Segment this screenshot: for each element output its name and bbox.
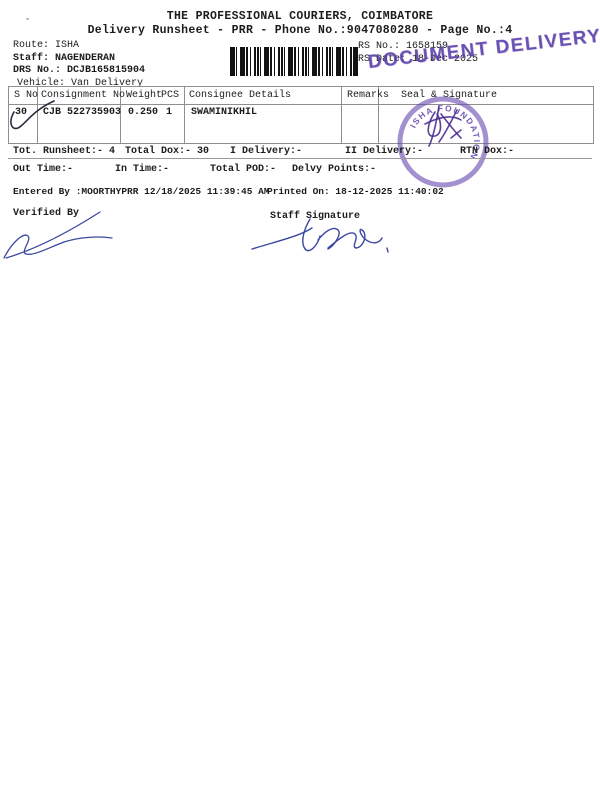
totals-separator xyxy=(8,158,592,159)
table-header-divider xyxy=(9,104,593,105)
out-time: Out Time:- xyxy=(13,165,73,175)
i-delivery: I Delivery:- xyxy=(230,147,302,157)
total-dox-label: Total Dox:- xyxy=(125,147,191,157)
entered-by: Entered By :MOORTHYPRR 12/18/2025 11:39:… xyxy=(13,187,270,197)
staff-signature xyxy=(248,216,393,261)
col-divider xyxy=(341,87,342,143)
cell-pcs: 1 xyxy=(166,108,172,118)
cell-consignee: SWAMINIKHIL xyxy=(191,108,257,118)
total-pod: Total POD:- xyxy=(210,165,276,175)
tick-mark xyxy=(4,96,60,136)
cell-weight: 0.250 xyxy=(128,108,158,118)
ii-delivery: II Delivery:- xyxy=(345,147,423,157)
rs-barcode xyxy=(230,47,358,76)
route-line: Route: ISHA xyxy=(13,41,79,51)
delivery-runsheet-document: THE PROFESSIONAL COURIERS, COIMBATORE De… xyxy=(0,0,600,800)
total-runsheet: Tot. Runsheet:- 4 xyxy=(13,147,115,157)
verified-signature xyxy=(0,208,130,288)
page-title: THE PROFESSIONAL COURIERS, COIMBATORE xyxy=(0,11,600,23)
header-remarks: Remarks xyxy=(347,91,389,101)
runsheet-table: S No Consignment No Weight PCS Consignee… xyxy=(8,86,594,144)
seal-stamp: ISHA FOUNDATION xyxy=(395,94,491,194)
header-consignee-details: Consignee Details xyxy=(189,91,291,101)
drs-no-line: DRS No.: DCJB165815904 xyxy=(13,66,145,76)
header-pcs: PCS xyxy=(161,91,179,101)
col-divider xyxy=(184,87,185,143)
printed-on: Printed On: 18-12-2025 11:40:02 xyxy=(267,187,444,197)
delvy-points: Delvy Points:- xyxy=(292,165,376,175)
in-time: In Time:- xyxy=(115,165,169,175)
total-dox-value: 30 xyxy=(197,147,209,157)
staff-line: Staff: NAGENDERAN xyxy=(13,54,115,64)
header-weight: Weight xyxy=(126,91,162,101)
rtn-dox: RTN Dox:- xyxy=(460,147,514,157)
